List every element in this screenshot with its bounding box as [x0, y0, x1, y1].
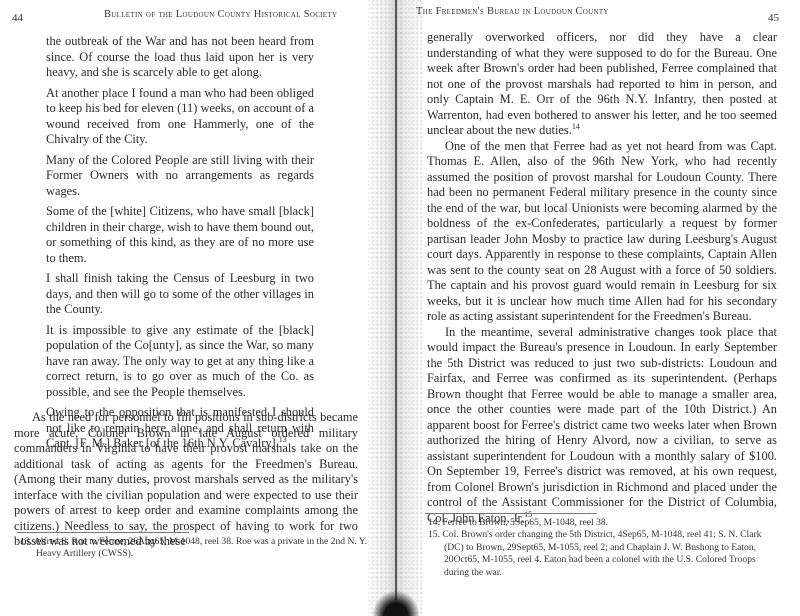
quote-paragraph: Many of the Colored People are still liv… [46, 153, 314, 200]
footnote-ref: 14 [572, 122, 580, 131]
footnote-rule [17, 532, 189, 533]
body-paragraph: In the meantime, several administrative … [427, 325, 777, 527]
paragraph-text: generally overworked officers, nor did t… [427, 30, 777, 137]
left-page: 44 Bulletin of the Loudoun County Histor… [0, 0, 380, 616]
book-spread: 44 Bulletin of the Loudoun County Histor… [0, 0, 800, 616]
quote-paragraph: the outbreak of the War and has not been… [46, 34, 314, 81]
footnote: 15. Col. Brown's order changing the 5th … [428, 529, 778, 579]
footnotes: 13. Alfred S. Roe to Ferree, 26Aug65, M-… [20, 536, 370, 561]
paragraph-text: In the meantime, several administrative … [427, 325, 777, 525]
body-text: As the need for personnel to fill positi… [14, 410, 358, 550]
quote-paragraph: I shall finish taking the Census of Lees… [46, 271, 314, 318]
footnote-rule [425, 513, 597, 514]
running-head: The Freedmen's Bureau in Loudoun County [416, 6, 609, 17]
page-number: 44 [12, 12, 23, 24]
footnote: 13. Alfred S. Roe to Ferree, 26Aug65, M-… [20, 536, 370, 561]
page-number: 45 [768, 12, 779, 24]
block-quote: the outbreak of the War and has not been… [46, 34, 314, 457]
body-paragraph: generally overworked officers, nor did t… [427, 30, 777, 139]
footnote: 14. Ferree to Brown, 5Sep65, M-1048, ree… [428, 517, 778, 529]
body-paragraph: One of the men that Ferree had as yet no… [427, 139, 777, 325]
body-text: generally overworked officers, nor did t… [427, 30, 777, 526]
right-page: The Freedmen's Bureau in Loudoun County … [412, 0, 800, 616]
quote-paragraph: At another place I found a man who had b… [46, 86, 314, 148]
quote-paragraph: It is impossible to give any estimate of… [46, 323, 314, 401]
footnotes: 14. Ferree to Brown, 5Sep65, M-1048, ree… [428, 517, 778, 579]
spine-fold-line [395, 0, 397, 600]
body-paragraph: As the need for personnel to fill positi… [14, 410, 358, 550]
quote-paragraph: Some of the [white] Citizens, who have s… [46, 204, 314, 266]
running-head: Bulletin of the Loudoun County Historica… [104, 9, 337, 20]
